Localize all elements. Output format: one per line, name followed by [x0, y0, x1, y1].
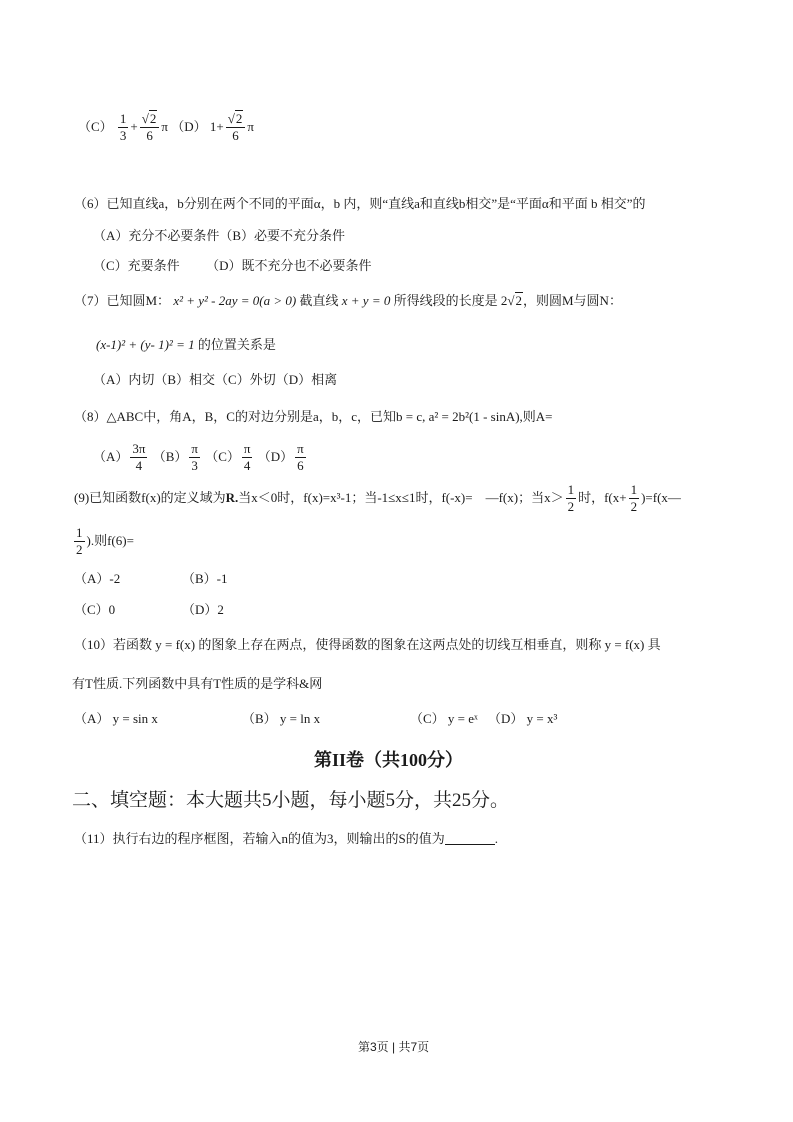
q9-option-c: （C）0 [74, 603, 182, 616]
q9-option-b: （B）-1 [182, 571, 228, 586]
q5-options-cd: （C） 1 3 + √2 6 π （D） 1+ √2 6 π [78, 112, 254, 144]
q7-circle-m-equation: x² + y² - 2ay = 0(a > 0) [173, 293, 296, 308]
q7-length: 2√2 [501, 293, 523, 308]
page-footer: 第3页 | 共7页 [358, 1041, 429, 1053]
q7-stem-line2: (x-1)² + (y- 1)² = 1 的位置关系是 [96, 338, 276, 351]
q10-option-d: （D） y = x³ [488, 711, 557, 726]
q10-option-c: （C） y = eˣ [410, 712, 488, 725]
q7-options: （A）内切（B）相交（C）外切（D）相离 [93, 373, 337, 386]
fraction-sqrt2-over-6-d: √2 6 [226, 112, 246, 144]
part2-title: 第II卷（共100分） [314, 751, 463, 769]
q8-option-d: （D）π6 [258, 442, 308, 474]
fraction-one-third: 1 3 [118, 112, 129, 144]
q6-option-c: （C）充要条件 [93, 258, 180, 273]
q8-option-c: （C）π4 [205, 442, 254, 474]
q8-option-b: （B）π3 [153, 442, 202, 474]
fraction-one-half: 12 [629, 483, 640, 515]
q5-option-d-label: （D） [171, 119, 206, 134]
q10-stem-line2: 有T性质.下列函数中具有T性质的是学科&网 [72, 677, 322, 690]
fraction-one-half: 12 [74, 526, 85, 558]
q10-option-b: （B） y = ln x [242, 712, 410, 725]
q9-options-cd: （C）0（D）2 [74, 603, 224, 616]
q9-option-a: （A）-2 [74, 572, 182, 585]
q9-stem-line2: 12).则f(6)= [72, 526, 134, 558]
q11-stem: （11）执行右边的程序框图，若输入n的值为3，则输出的S的值为. [74, 832, 498, 845]
q8-option-a: （A）3π4 [93, 442, 149, 474]
q8-options: （A）3π4 （B）π3 （C）π4 （D）π6 [93, 442, 308, 474]
q6-option-d: （D）既不充分也不必要条件 [206, 258, 371, 273]
answer-blank [445, 832, 495, 845]
q5-option-c-label: （C） [78, 119, 113, 134]
fraction-one-half: 12 [566, 483, 577, 515]
q8-stem: （8）△ABC中，角A，B，C的对边分别是a，b，c，已知b = c, a² =… [74, 410, 553, 423]
q7-line-equation: x + y = 0 [342, 293, 391, 308]
fill-in-section-heading: 二、填空题：本大题共5小题，每小题5分，共25分。 [72, 791, 509, 810]
q7-circle-n-equation: (x-1)² + (y- 1)² = 1 [96, 337, 195, 352]
q6-stem: （6）已知直线a，b分别在两个不同的平面α，b 内，则“直线a和直线b相交”是“… [74, 197, 646, 210]
q6-options-cd: （C）充要条件 （D）既不充分也不必要条件 [93, 259, 372, 272]
q9-stem: (9)已知函数f(x)的定义域为R.当x＜0时，f(x)=x³-1；当-1≤x≤… [74, 483, 681, 515]
fraction-sqrt2-over-6: √2 6 [140, 112, 160, 144]
q9-options-ab: （A）-2（B）-1 [74, 572, 228, 585]
q10-options: （A） y = sin x（B） y = ln x（C） y = eˣ（D） y… [74, 712, 557, 725]
q6-options-ab: （A）充分不必要条件（B）必要不充分条件 [93, 229, 345, 242]
q9-option-d: （D）2 [182, 602, 224, 617]
q10-stem: （10）若函数 y = f(x) 的图象上存在两点，使得函数的图象在这两点处的切… [74, 638, 661, 651]
q10-option-a: （A） y = sin x [74, 712, 242, 725]
q7-stem: （7）已知圆M： x² + y² - 2ay = 0(a > 0) 截直线 x … [74, 294, 622, 307]
